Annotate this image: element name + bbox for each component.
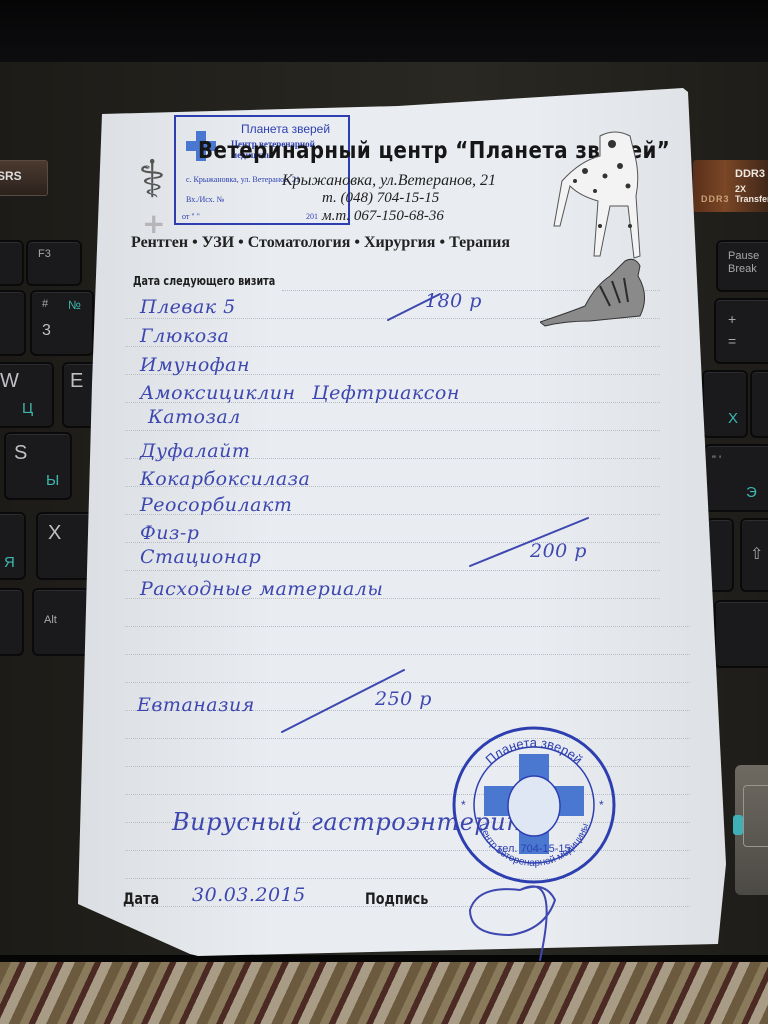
dash-stroke-3 — [282, 670, 404, 732]
round-stamp-phone: тел. 704-15-15 — [497, 843, 570, 855]
star-icon: * — [599, 798, 604, 812]
star-icon: * — [461, 798, 466, 812]
dog-head-icon — [508, 776, 560, 836]
pen-strokes — [0, 0, 768, 1024]
signature-scribble — [470, 886, 555, 960]
dash-stroke-1 — [388, 294, 440, 320]
round-stamp: Планета зверей Центр ветеренарной медици… — [451, 724, 617, 886]
dash-stroke-2 — [470, 518, 588, 566]
